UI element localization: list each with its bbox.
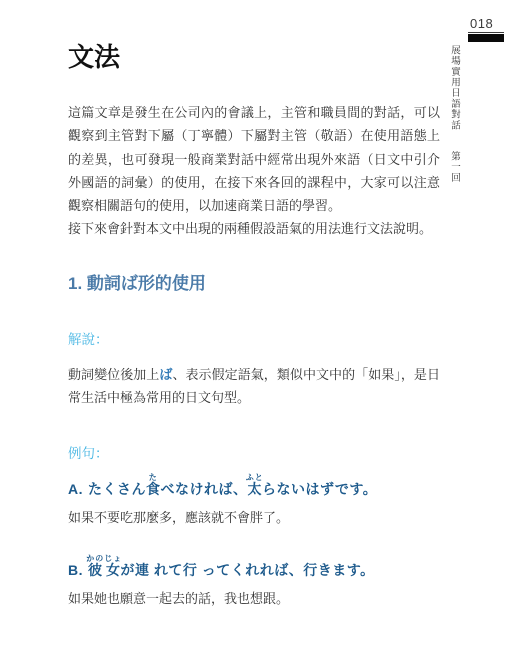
- example-b: B.彼女かのじょが連 れて行 ってくれれば、行きます。 如果她也願意一起去的話，…: [68, 554, 440, 609]
- main-content: 文法 這篇文章是發生在公司內的會議上，主管和職員間的對話，可以觀察到主管對下屬（…: [68, 0, 440, 609]
- example-a-ruby2-furigana: ふと: [246, 473, 264, 482]
- example-b-label: B.: [68, 562, 83, 578]
- side-chapter-label: 第一回: [448, 151, 461, 183]
- example-b-ruby1-base: 彼女: [86, 562, 122, 578]
- explanation-highlight-ba: ば: [159, 367, 172, 382]
- textbook-page: 018 展場實用日語對話 第一回 文法 這篇文章是發生在公司內的會議上，主管和職…: [0, 0, 515, 645]
- explanation-pre: 動詞變位後加上: [68, 367, 159, 382]
- page-number-block: 018: [468, 16, 504, 42]
- example-a-ruby1-furigana: た: [146, 473, 161, 482]
- example-b-seg1: が連 れて行 ってくれれば、行きます。: [121, 562, 375, 578]
- example-a-seg2: べなければ、: [161, 481, 248, 497]
- intro-paragraph-1: 這篇文章是發生在公司內的會議上，主管和職員間的對話，可以觀察到主管對下屬（丁寧體…: [68, 101, 440, 217]
- example-a-label: A.: [68, 481, 83, 497]
- example-a-seg1: たくさん: [88, 481, 146, 497]
- example-b-sentence: B.彼女かのじょが連 れて行 ってくれれば、行きます。: [68, 554, 440, 580]
- example-a-sentence: A.たくさん食たべなければ、太ふとらないはずです。: [68, 473, 440, 499]
- examples-label: 例句：: [68, 442, 440, 465]
- side-book-title: 展場實用日語對話: [448, 45, 461, 131]
- page-number: 018: [468, 16, 504, 33]
- example-a-ruby2: 太ふと: [248, 481, 263, 497]
- example-a-ruby1-base: 食: [146, 481, 161, 497]
- example-b-translation: 如果她也願意一起去的話，我也想跟。: [68, 589, 440, 609]
- explanation-text: 動詞變位後加上ば、表示假定語氣，類似中文中的「如果」，是日常生活中極為常用的日文…: [68, 363, 440, 410]
- page-number-bar: [468, 34, 504, 42]
- example-a-ruby1: 食た: [146, 481, 161, 497]
- explain-label: 解說：: [68, 328, 440, 351]
- section-heading: 1. 動詞ば形的使用: [68, 273, 440, 295]
- intro-paragraphs: 這篇文章是發生在公司內的會議上，主管和職員間的對話，可以觀察到主管對下屬（丁寧體…: [68, 101, 440, 241]
- intro-paragraph-2: 接下來會針對本文中出現的兩種假設語氣的用法進行文法說明。: [68, 217, 440, 240]
- example-a-translation: 如果不要吃那麼多，應該就不會胖了。: [68, 508, 440, 528]
- page-title: 文法: [68, 42, 440, 73]
- example-b-ruby1-furigana: かのじょ: [86, 554, 122, 563]
- example-a-seg3: らないはずです。: [262, 481, 377, 497]
- example-b-ruby1: 彼女かのじょ: [88, 562, 121, 578]
- example-a: A.たくさん食たべなければ、太ふとらないはずです。 如果不要吃那麼多，應該就不會…: [68, 473, 440, 528]
